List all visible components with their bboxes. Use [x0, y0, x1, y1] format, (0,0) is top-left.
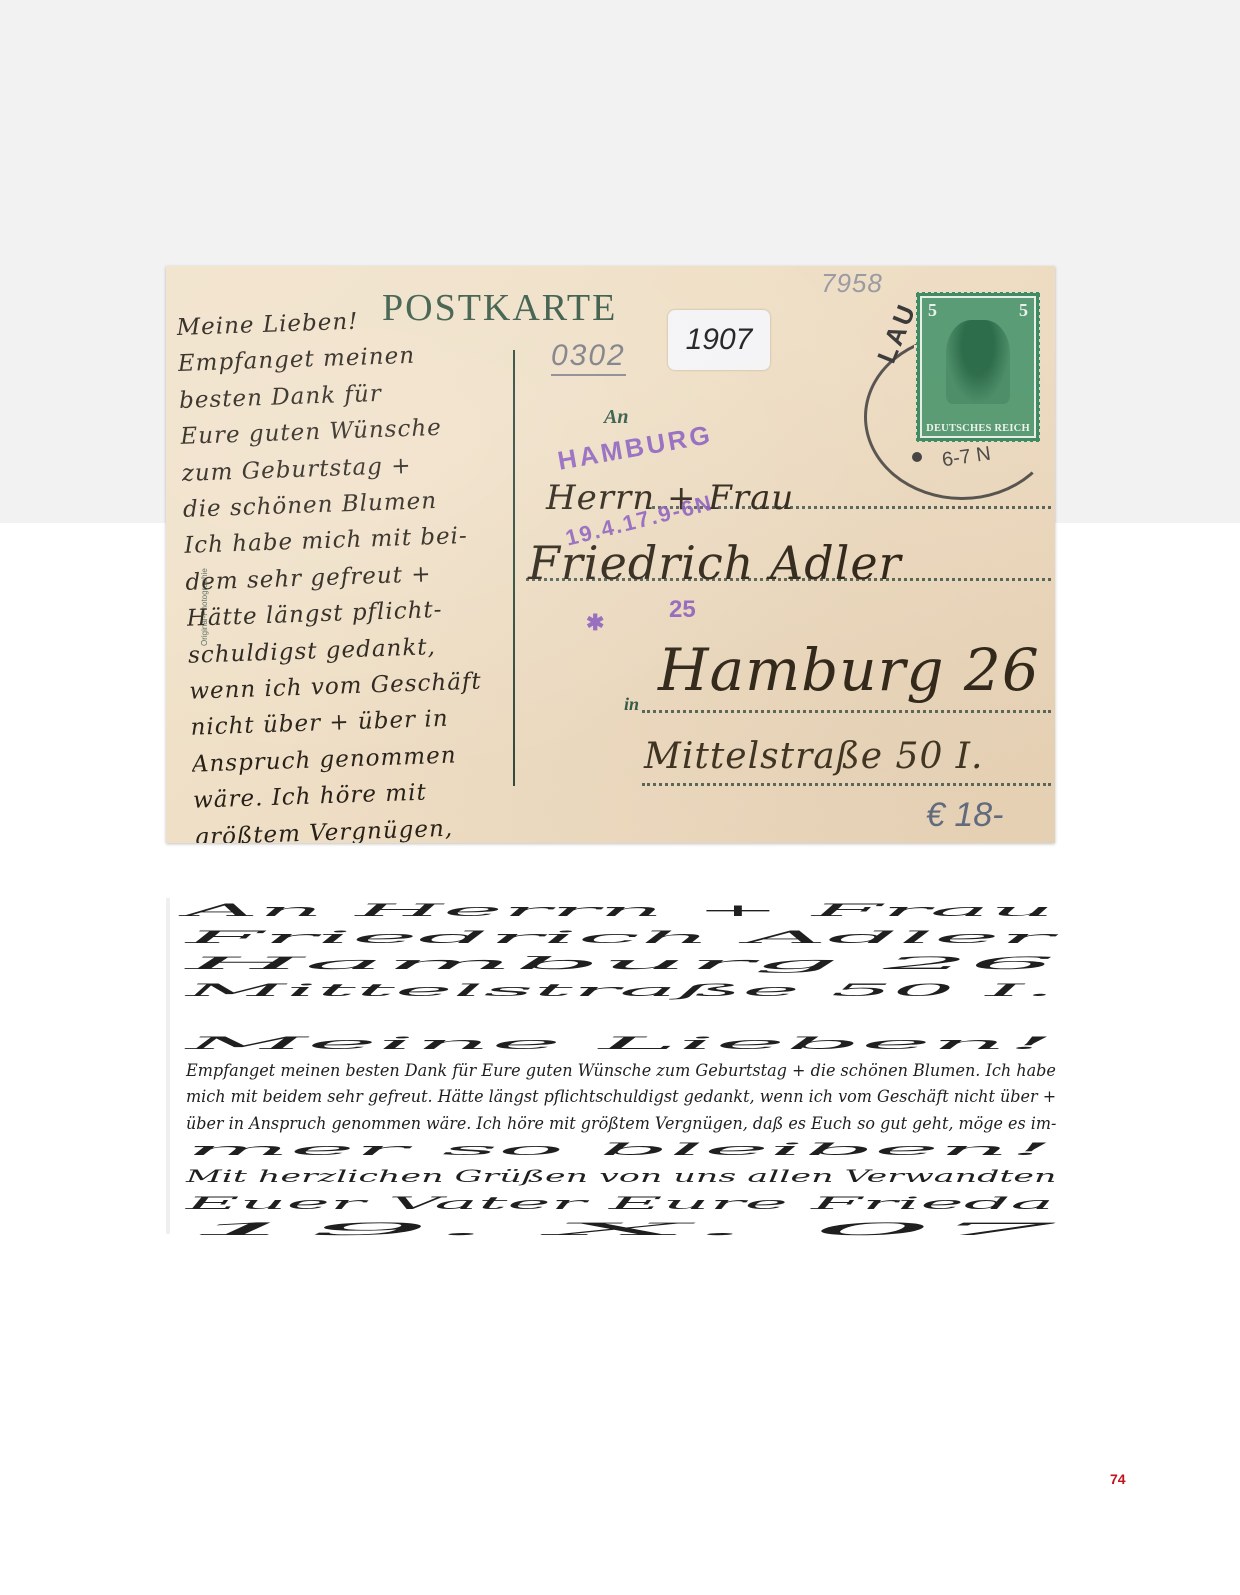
handwritten-address-line: Hamburg 26	[658, 636, 1040, 704]
postmark-dot	[912, 452, 922, 462]
postage-stamp: 5 5 DEUTSCHES REICH	[916, 292, 1040, 442]
star-icon: ✱	[586, 610, 604, 636]
address-line-4	[642, 783, 1051, 786]
pencil-number: 7958	[821, 268, 883, 299]
transcription-message-line: Mit herzlichen Grüßen von uns allen Verw…	[186, 1164, 1057, 1191]
transcription-message-line: mer so bleiben!	[186, 1137, 1054, 1164]
postcard-image: Original-Photographie POSTKARTE 7958 030…	[166, 266, 1055, 843]
arrival-stamp-city: HAMBURG	[555, 419, 715, 477]
transcription-address-line: Mittelstraße 50 I.	[186, 978, 1055, 1005]
pencil-price: € 18-	[926, 796, 1004, 835]
location-prefix: in	[624, 694, 639, 715]
paragraph-spacer	[186, 1004, 1066, 1031]
archive-number: 0302	[551, 338, 626, 376]
stamp-value-left: 5	[928, 300, 937, 321]
transcription-message-line: 19. X. 07	[186, 1217, 1056, 1244]
transcription-message-line: Meine Lieben!	[186, 1031, 1055, 1058]
handwritten-address-line: Mittelstraße 50 I.	[644, 736, 983, 777]
address-line-3	[642, 710, 1051, 713]
addressee-prefix: An	[604, 406, 628, 429]
stamp-value-right: 5	[1019, 300, 1028, 321]
transcription-address-line: An Herrn + Frau	[186, 898, 1055, 925]
arrival-stamp-office: 25	[669, 596, 696, 624]
transcription-message-line: Empfanget meinen besten Dank für Eure gu…	[186, 1058, 1056, 1085]
handwritten-message: Meine Lieben!Empfanget meinenbesten Dank…	[176, 298, 533, 843]
page-number: 74	[1110, 1471, 1126, 1487]
transcription-block: An Herrn + FrauFriedrich AdlerHamburg 26…	[166, 898, 1066, 1234]
stamp-country: DEUTSCHES REICH	[922, 423, 1034, 434]
year-sticker: 1907	[668, 310, 770, 370]
germania-portrait-icon	[946, 320, 1010, 404]
transcription-message-line: über in Anspruch genommen wäre. Ich höre…	[186, 1111, 1056, 1138]
transcription-message-line: Euer Vater Eure Frieda	[186, 1191, 1054, 1218]
transcription-message-line: mich mit beidem sehr gefreut. Hätte läng…	[186, 1084, 1056, 1111]
transcription-address-line: Hamburg 26	[186, 951, 1056, 978]
transcription-address-line: Friedrich Adler	[186, 925, 1053, 952]
